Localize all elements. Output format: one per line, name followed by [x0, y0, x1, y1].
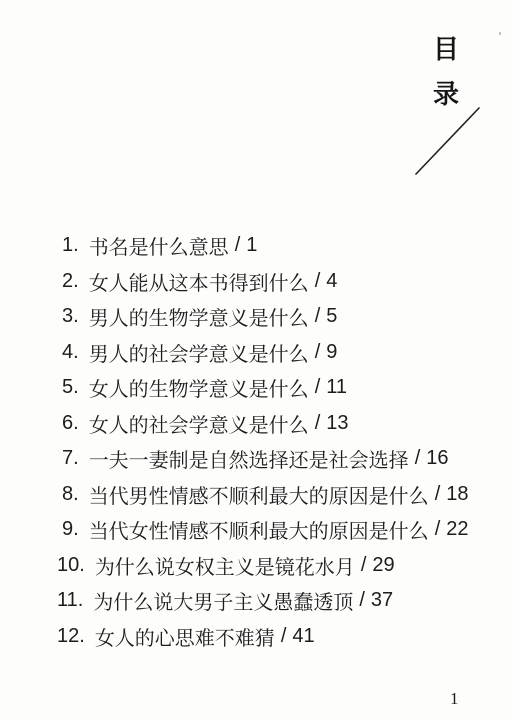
- toc-list: 1. 书名是什么意思 / 1 2. 女人能从这本书得到什么 / 4 3. 男人的…: [62, 228, 469, 654]
- toc-item-separator: /: [315, 270, 321, 293]
- toc-item-title: 女人能从这本书得到什么: [89, 267, 309, 296]
- toc-item-number: 5.: [62, 376, 79, 399]
- toc-item-title: 当代女性情感不顺利最大的原因是什么: [89, 515, 429, 544]
- toc-item-separator: /: [315, 341, 321, 364]
- toc-item-1: 1. 书名是什么意思 / 1: [62, 228, 469, 264]
- toc-item-page: 13: [326, 412, 348, 435]
- toc-item-title: 为什么说女权主义是镜花水月: [95, 551, 355, 580]
- toc-item-page: 11: [326, 376, 347, 399]
- toc-item-number: 10.: [57, 554, 85, 577]
- toc-item-title: 女人的生物学意义是什么: [89, 373, 309, 402]
- toc-item-title: 女人的社会学意义是什么: [89, 409, 309, 438]
- toc-item-9: 9. 当代女性情感不顺利最大的原因是什么 / 22: [62, 512, 469, 548]
- toc-item-title: 书名是什么意思: [89, 231, 229, 260]
- toc-item-separator: /: [315, 376, 321, 399]
- toc-item-number: 1.: [62, 234, 79, 257]
- toc-item-11: 11. 为什么说大男子主义愚蠢透顶 / 37: [57, 583, 469, 619]
- toc-item-separator: /: [315, 412, 321, 435]
- toc-item-separator: /: [281, 625, 287, 648]
- toc-item-page: 37: [371, 589, 393, 612]
- toc-item-2: 2. 女人能从这本书得到什么 / 4: [62, 264, 469, 300]
- diagonal-line-decoration: [413, 105, 481, 177]
- toc-item-title: 一夫一妻制是自然选择还是社会选择: [89, 444, 409, 473]
- toc-item-page: 9: [326, 341, 337, 364]
- toc-item-page: 4: [326, 270, 337, 293]
- toc-item-separator: /: [435, 483, 441, 506]
- toc-item-page: 29: [372, 554, 394, 577]
- toc-item-page: 5: [326, 305, 337, 328]
- toc-item-title: 男人的生物学意义是什么: [89, 302, 309, 331]
- toc-item-number: 8.: [62, 483, 79, 506]
- toc-item-page: 22: [446, 518, 468, 541]
- toc-item-10: 10. 为什么说女权主义是镜花水月 / 29: [57, 548, 469, 584]
- toc-item-title: 当代男性情感不顺利最大的原因是什么: [89, 480, 429, 509]
- toc-item-number: 9.: [62, 518, 79, 541]
- toc-item-number: 3.: [62, 305, 79, 328]
- toc-item-6: 6. 女人的社会学意义是什么 / 13: [62, 406, 469, 442]
- toc-item-title: 为什么说大男子主义愚蠢透顶: [93, 586, 353, 615]
- book-toc-page: 目 录 1. 书名是什么意思 / 1 2. 女人能从这本书得到什么 / 4 3.…: [0, 0, 513, 720]
- toc-item-title: 女人的心思难不难猜: [95, 622, 275, 651]
- toc-item-separator: /: [435, 518, 441, 541]
- toc-item-number: 2.: [62, 270, 79, 293]
- toc-item-page: 16: [426, 447, 448, 470]
- toc-item-separator: /: [235, 234, 241, 257]
- scan-speck-artifact: [499, 32, 501, 35]
- toc-item-separator: /: [315, 305, 321, 328]
- toc-item-page: 1: [246, 234, 257, 257]
- toc-item-8: 8. 当代男性情感不顺利最大的原因是什么 / 18: [62, 477, 469, 513]
- toc-item-5: 5. 女人的生物学意义是什么 / 11: [62, 370, 469, 406]
- toc-title-char-1: 目: [433, 37, 459, 63]
- toc-item-separator: /: [359, 589, 365, 612]
- toc-item-separator: /: [361, 554, 367, 577]
- toc-title: 目 录: [431, 37, 461, 108]
- toc-item-title: 男人的社会学意义是什么: [89, 338, 309, 367]
- page-number: 1: [450, 689, 459, 709]
- toc-item-number: 7.: [62, 447, 79, 470]
- toc-item-3: 3. 男人的生物学意义是什么 / 5: [62, 299, 469, 335]
- toc-item-4: 4. 男人的社会学意义是什么 / 9: [62, 335, 469, 371]
- toc-item-12: 12. 女人的心思难不难猜 / 41: [57, 619, 469, 655]
- toc-item-page: 18: [446, 483, 468, 506]
- toc-item-separator: /: [415, 447, 421, 470]
- toc-item-number: 6.: [62, 412, 79, 435]
- toc-item-number: 4.: [62, 341, 79, 364]
- toc-item-7: 7. 一夫一妻制是自然选择还是社会选择 / 16: [62, 441, 469, 477]
- toc-item-page: 41: [292, 625, 314, 648]
- toc-item-number: 11.: [57, 589, 83, 612]
- toc-item-number: 12.: [57, 625, 85, 648]
